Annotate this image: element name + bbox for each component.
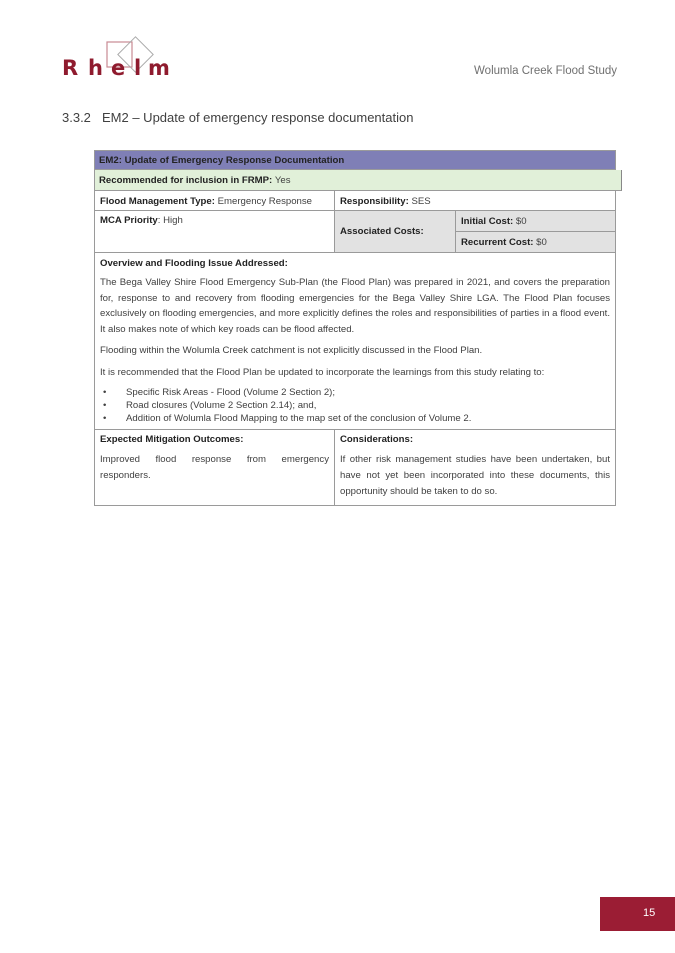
logo-letter: e	[111, 56, 125, 80]
page-number: 15	[643, 907, 655, 919]
overview-label: Overview and Flooding Issue Addressed:	[100, 257, 610, 270]
considerations-label: Considerations:	[340, 433, 610, 446]
responsibility-cell: Responsibility: SES	[335, 191, 436, 210]
mca-priority-cell: MCA Priority: High	[95, 211, 335, 252]
bullet-item: Addition of Wolumla Flood Mapping to the…	[100, 412, 610, 425]
outcomes-label: Expected Mitigation Outcomes:	[100, 433, 329, 446]
management-type-cell: Flood Management Type: Emergency Respons…	[95, 191, 335, 210]
considerations-cell: Considerations: If other risk management…	[335, 430, 615, 505]
outcomes-considerations-row: Expected Mitigation Outcomes: Improved f…	[94, 430, 616, 506]
mca-priority-value: : High	[158, 215, 183, 226]
recommended-label: Recommended for inclusion in FRMP:	[99, 174, 272, 187]
management-type-row: Flood Management Type: Emergency Respons…	[94, 191, 616, 211]
costs-cells: Initial Cost: $0 Recurrent Cost: $0	[456, 211, 615, 252]
page-number-box: 15	[600, 897, 675, 931]
priority-costs-row: MCA Priority: High Associated Costs: Ini…	[94, 211, 616, 253]
logo-letter: h	[88, 56, 103, 80]
table-title-row: EM2: Update of Emergency Response Docume…	[94, 150, 616, 170]
outcomes-text: Improved flood response from emergency r…	[100, 452, 329, 484]
mca-priority-label: MCA Priority	[100, 215, 158, 226]
recurrent-cost-cell: Recurrent Cost: $0	[456, 232, 615, 252]
logo-letter: R	[62, 56, 78, 80]
section-title: EM2 – Update of emergency response docum…	[102, 110, 413, 125]
associated-costs-label: Associated Costs:	[335, 211, 456, 252]
responsibility-label: Responsibility:	[340, 196, 409, 207]
management-type-value: Emergency Response	[218, 196, 312, 207]
logo-letter: m	[148, 56, 170, 80]
section-number: 3.3.2	[62, 110, 102, 125]
recurrent-cost-label: Recurrent Cost:	[461, 237, 534, 248]
considerations-text: If other risk management studies have be…	[340, 452, 610, 500]
management-type-label: Flood Management Type:	[100, 196, 215, 207]
bullet-item: Specific Risk Areas - Flood (Volume 2 Se…	[100, 386, 610, 399]
overview-row: Overview and Flooding Issue Addressed: T…	[94, 253, 616, 430]
recommended-value: Yes	[275, 174, 291, 187]
overview-bullet-list: Specific Risk Areas - Flood (Volume 2 Se…	[100, 386, 610, 425]
recurrent-cost-value: $0	[536, 237, 547, 248]
measure-table: EM2: Update of Emergency Response Docume…	[94, 150, 616, 506]
overview-paragraph: The Bega Valley Shire Flood Emergency Su…	[100, 275, 610, 337]
initial-cost-label: Initial Cost:	[461, 216, 513, 227]
initial-cost-value: $0	[516, 216, 527, 227]
overview-paragraph: Flooding within the Wolumla Creek catchm…	[100, 343, 610, 359]
logo-letter: l	[134, 56, 141, 80]
outcomes-cell: Expected Mitigation Outcomes: Improved f…	[95, 430, 335, 505]
overview-paragraph: It is recommended that the Flood Plan be…	[100, 365, 610, 381]
table-title: EM2: Update of Emergency Response Docume…	[99, 154, 344, 167]
rhelm-logo: R h e l m	[60, 36, 180, 82]
responsibility-value: SES	[411, 196, 430, 207]
bullet-item: Road closures (Volume 2 Section 2.14); a…	[100, 399, 610, 412]
recommended-row: Recommended for inclusion in FRMP: Yes	[94, 170, 622, 191]
initial-cost-cell: Initial Cost: $0	[456, 211, 615, 232]
document-title: Wolumla Creek Flood Study	[474, 65, 617, 77]
section-heading: 3.3.2EM2 – Update of emergency response …	[62, 110, 413, 125]
